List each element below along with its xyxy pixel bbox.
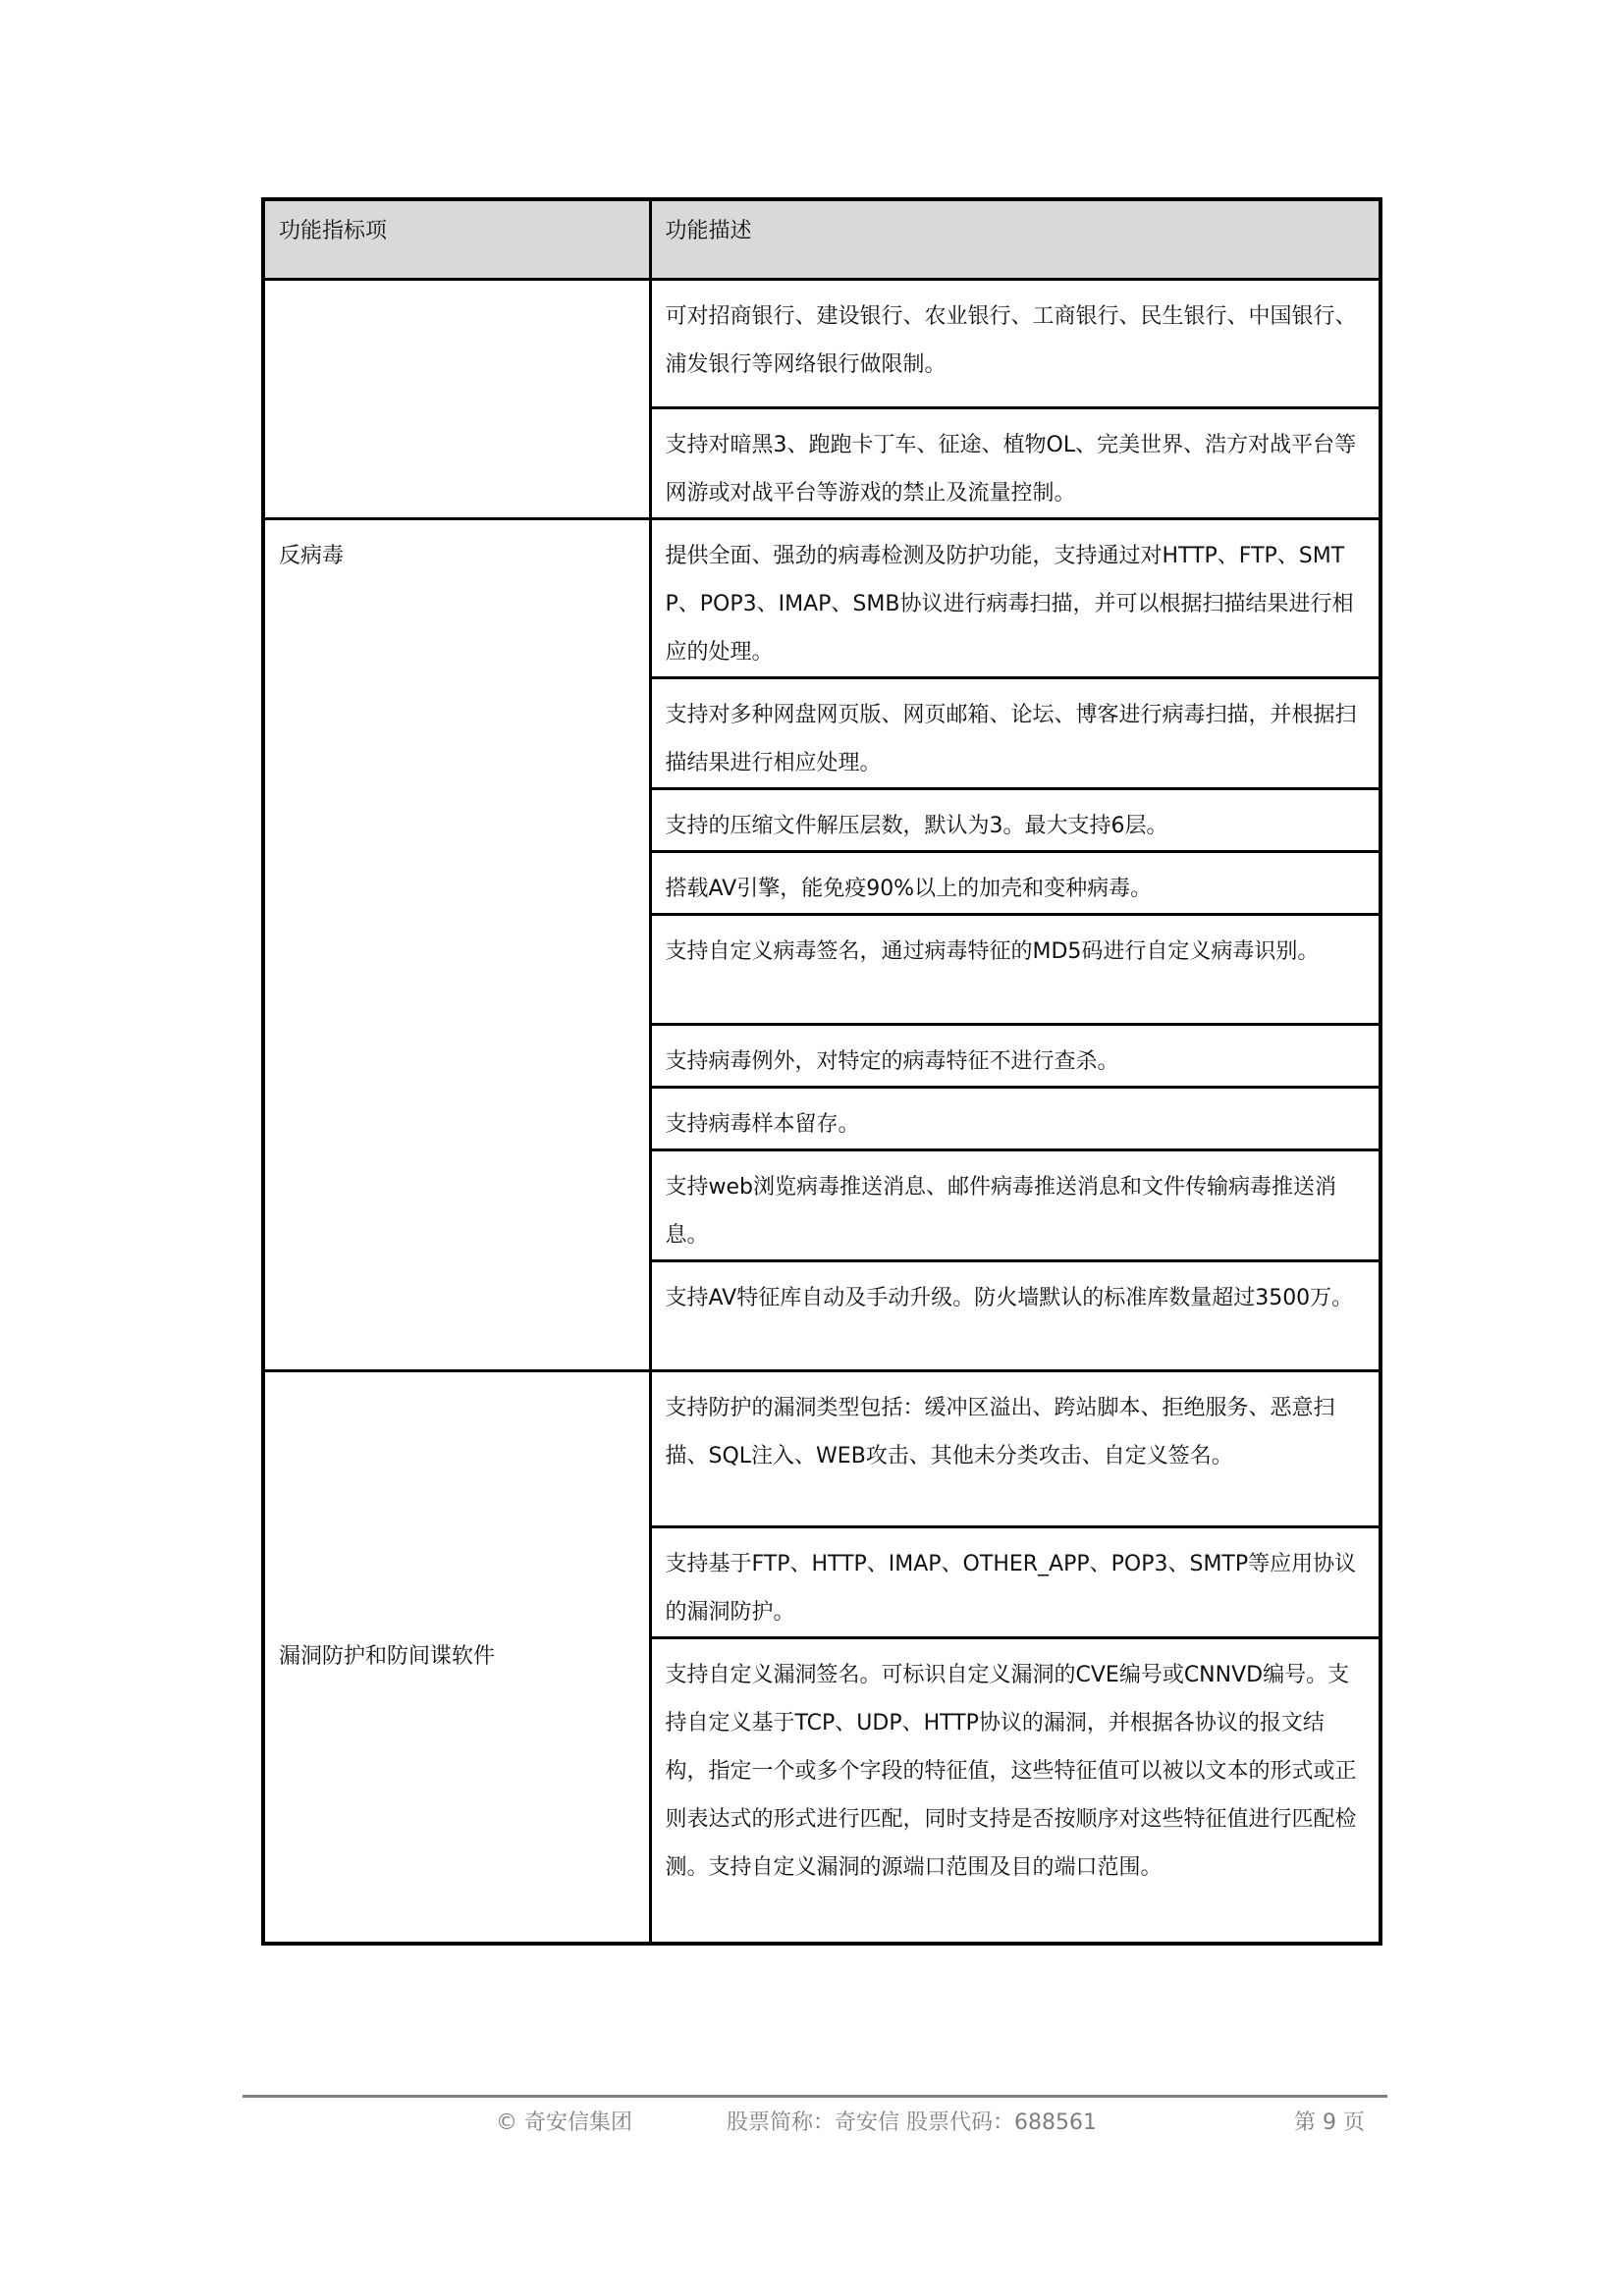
feature-description-cell: 支持病毒例外，对特定的病毒特征不进行查杀。 [650, 1025, 1380, 1088]
feature-item-vulnerability-protection: 漏洞防护和防间谍软件 [263, 1371, 650, 1944]
feature-description-cell: 支持AV特征库自动及手动升级。防火墙默认的标准库数量超过3500万。 [650, 1261, 1380, 1371]
feature-item-cell [263, 280, 650, 519]
feature-description-cell: 支持web浏览病毒推送消息、邮件病毒推送消息和文件传输病毒推送消息。 [650, 1150, 1380, 1261]
table-row: 漏洞防护和防间谍软件 支持防护的漏洞类型包括：缓冲区溢出、跨站脚本、拒绝服务、恶… [263, 1371, 1380, 1527]
feature-description-cell: 支持的压缩文件解压层数，默认为3。最大支持6层。 [650, 789, 1380, 852]
header-feature-item: 功能指标项 [263, 199, 650, 280]
feature-description-cell: 支持自定义漏洞签名。可标识自定义漏洞的CVE编号或CNNVD编号。支持自定义基于… [650, 1638, 1380, 1944]
feature-description-cell: 可对招商银行、建设银行、农业银行、工商银行、民生银行、中国银行、浦发银行等网络银… [650, 280, 1380, 408]
header-feature-description: 功能描述 [650, 199, 1380, 280]
feature-description-cell: 支持防护的漏洞类型包括：缓冲区溢出、跨站脚本、拒绝服务、恶意扫描、SQL注入、W… [650, 1371, 1380, 1527]
feature-description-cell: 支持对多种网盘网页版、网页邮箱、论坛、博客进行病毒扫描，并根据扫描结果进行相应处… [650, 678, 1380, 789]
footer-stock-info: 股票简称：奇安信 股票代码：688561 [727, 2109, 1097, 2138]
footer-divider [243, 2095, 1387, 2098]
table-row: 可对招商银行、建设银行、农业银行、工商银行、民生银行、中国银行、浦发银行等网络银… [263, 280, 1380, 408]
feature-spec-table: 功能指标项 功能描述 可对招商银行、建设银行、农业银行、工商银行、民生银行、中国… [261, 197, 1382, 1946]
feature-description-cell: 提供全面、强劲的病毒检测及防护功能，支持通过对HTTP、FTP、SMTP、POP… [650, 519, 1380, 678]
feature-description-cell: 支持对暗黑3、跑跑卡丁车、征途、植物OL、完美世界、浩方对战平台等网游或对战平台… [650, 408, 1380, 519]
footer-copyright: © 奇安信集团 [496, 2109, 632, 2138]
feature-item-antivirus: 反病毒 [263, 519, 650, 1371]
table-row: 反病毒 提供全面、强劲的病毒检测及防护功能，支持通过对HTTP、FTP、SMTP… [263, 519, 1380, 678]
feature-description-cell: 支持病毒样本留存。 [650, 1088, 1380, 1150]
feature-description-cell: 支持自定义病毒签名，通过病毒特征的MD5码进行自定义病毒识别。 [650, 915, 1380, 1025]
feature-description-cell: 支持基于FTP、HTTP、IMAP、OTHER_APP、POP3、SMTP等应用… [650, 1527, 1380, 1638]
feature-description-cell: 搭载AV引擎，能免疫90%以上的加壳和变种病毒。 [650, 852, 1380, 915]
table-header-row: 功能指标项 功能描述 [263, 199, 1380, 280]
footer-page-number: 第 9 页 [1294, 2109, 1365, 2138]
